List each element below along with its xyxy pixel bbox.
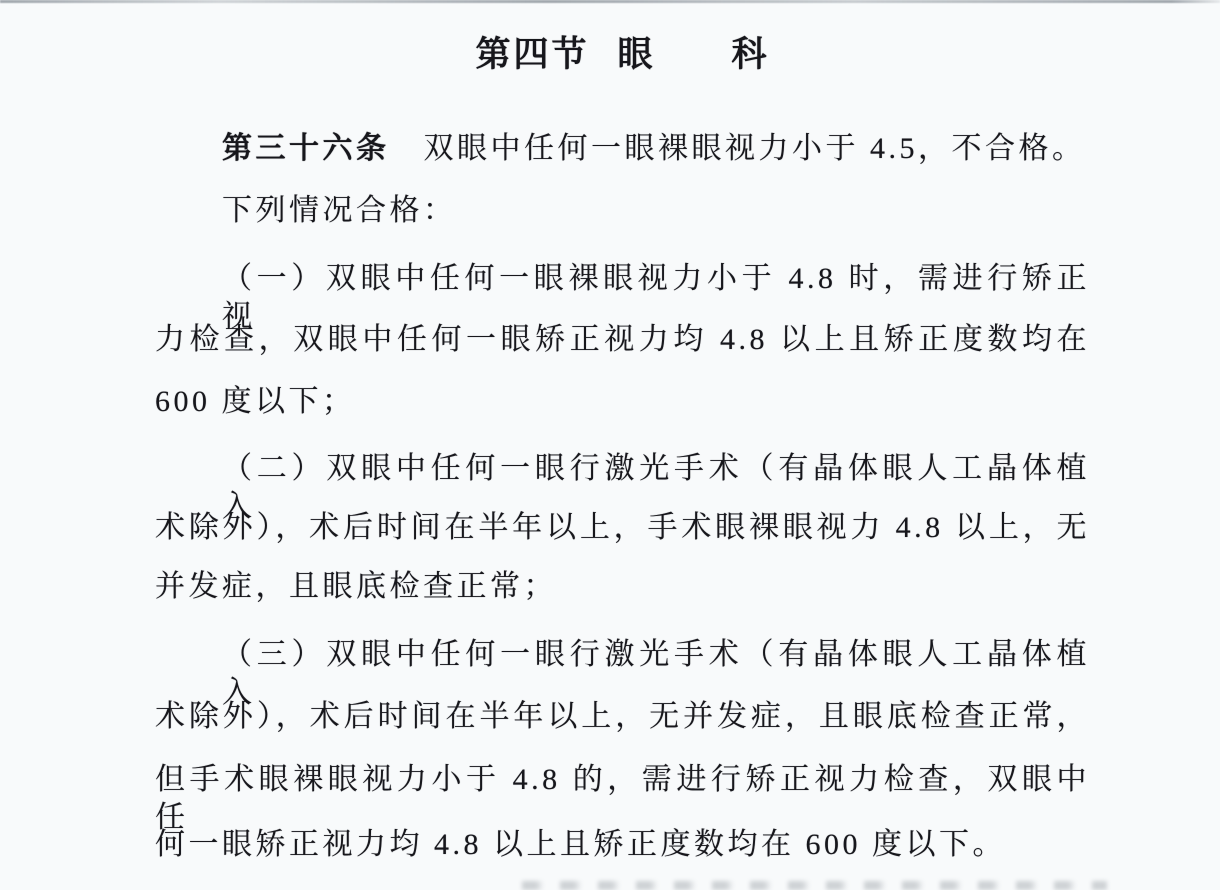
article-intro-text: 双眼中任何一眼裸眼视力小于 4.5，不合格。 (424, 132, 1086, 165)
scan-artifact-bottom (522, 881, 1107, 890)
section-title: 第四节眼科 (155, 34, 1090, 76)
qualify-header-line: 下列情况合格： (222, 192, 1090, 230)
article-opening-line: 第三十六条双眼中任何一眼裸眼视力小于 4.5，不合格。 (222, 130, 1090, 168)
item1-line-3: 600 度以下； (155, 383, 1090, 421)
scan-artifact-top (0, 0, 1220, 3)
item3-line-2: 术除外），术后时间在半年以上，无并发症，且眼底检查正常， (155, 698, 1090, 736)
article-number: 第三十六条 (222, 132, 390, 165)
item3-line-4: 何一眼矫正视力均 4.8 以上且矫正度数均在 600 度以下。 (155, 826, 1090, 864)
section-title-char-2: 科 (732, 35, 770, 74)
item2-line-2: 术除外），术后时间在半年以上，手术眼裸眼视力 4.8 以上，无 (155, 509, 1090, 547)
scanned-document-page: 第四节眼科 第三十六条双眼中任何一眼裸眼视力小于 4.5，不合格。 下列情况合格… (0, 0, 1220, 890)
item1-line-2: 力检查，双眼中任何一眼矫正视力均 4.8 以上且矫正度数均在 (155, 321, 1090, 359)
item2-line-3: 并发症，且眼底检查正常； (155, 568, 1090, 606)
section-title-char-1: 眼 (617, 35, 655, 74)
section-title-number: 第四节 (475, 35, 589, 74)
